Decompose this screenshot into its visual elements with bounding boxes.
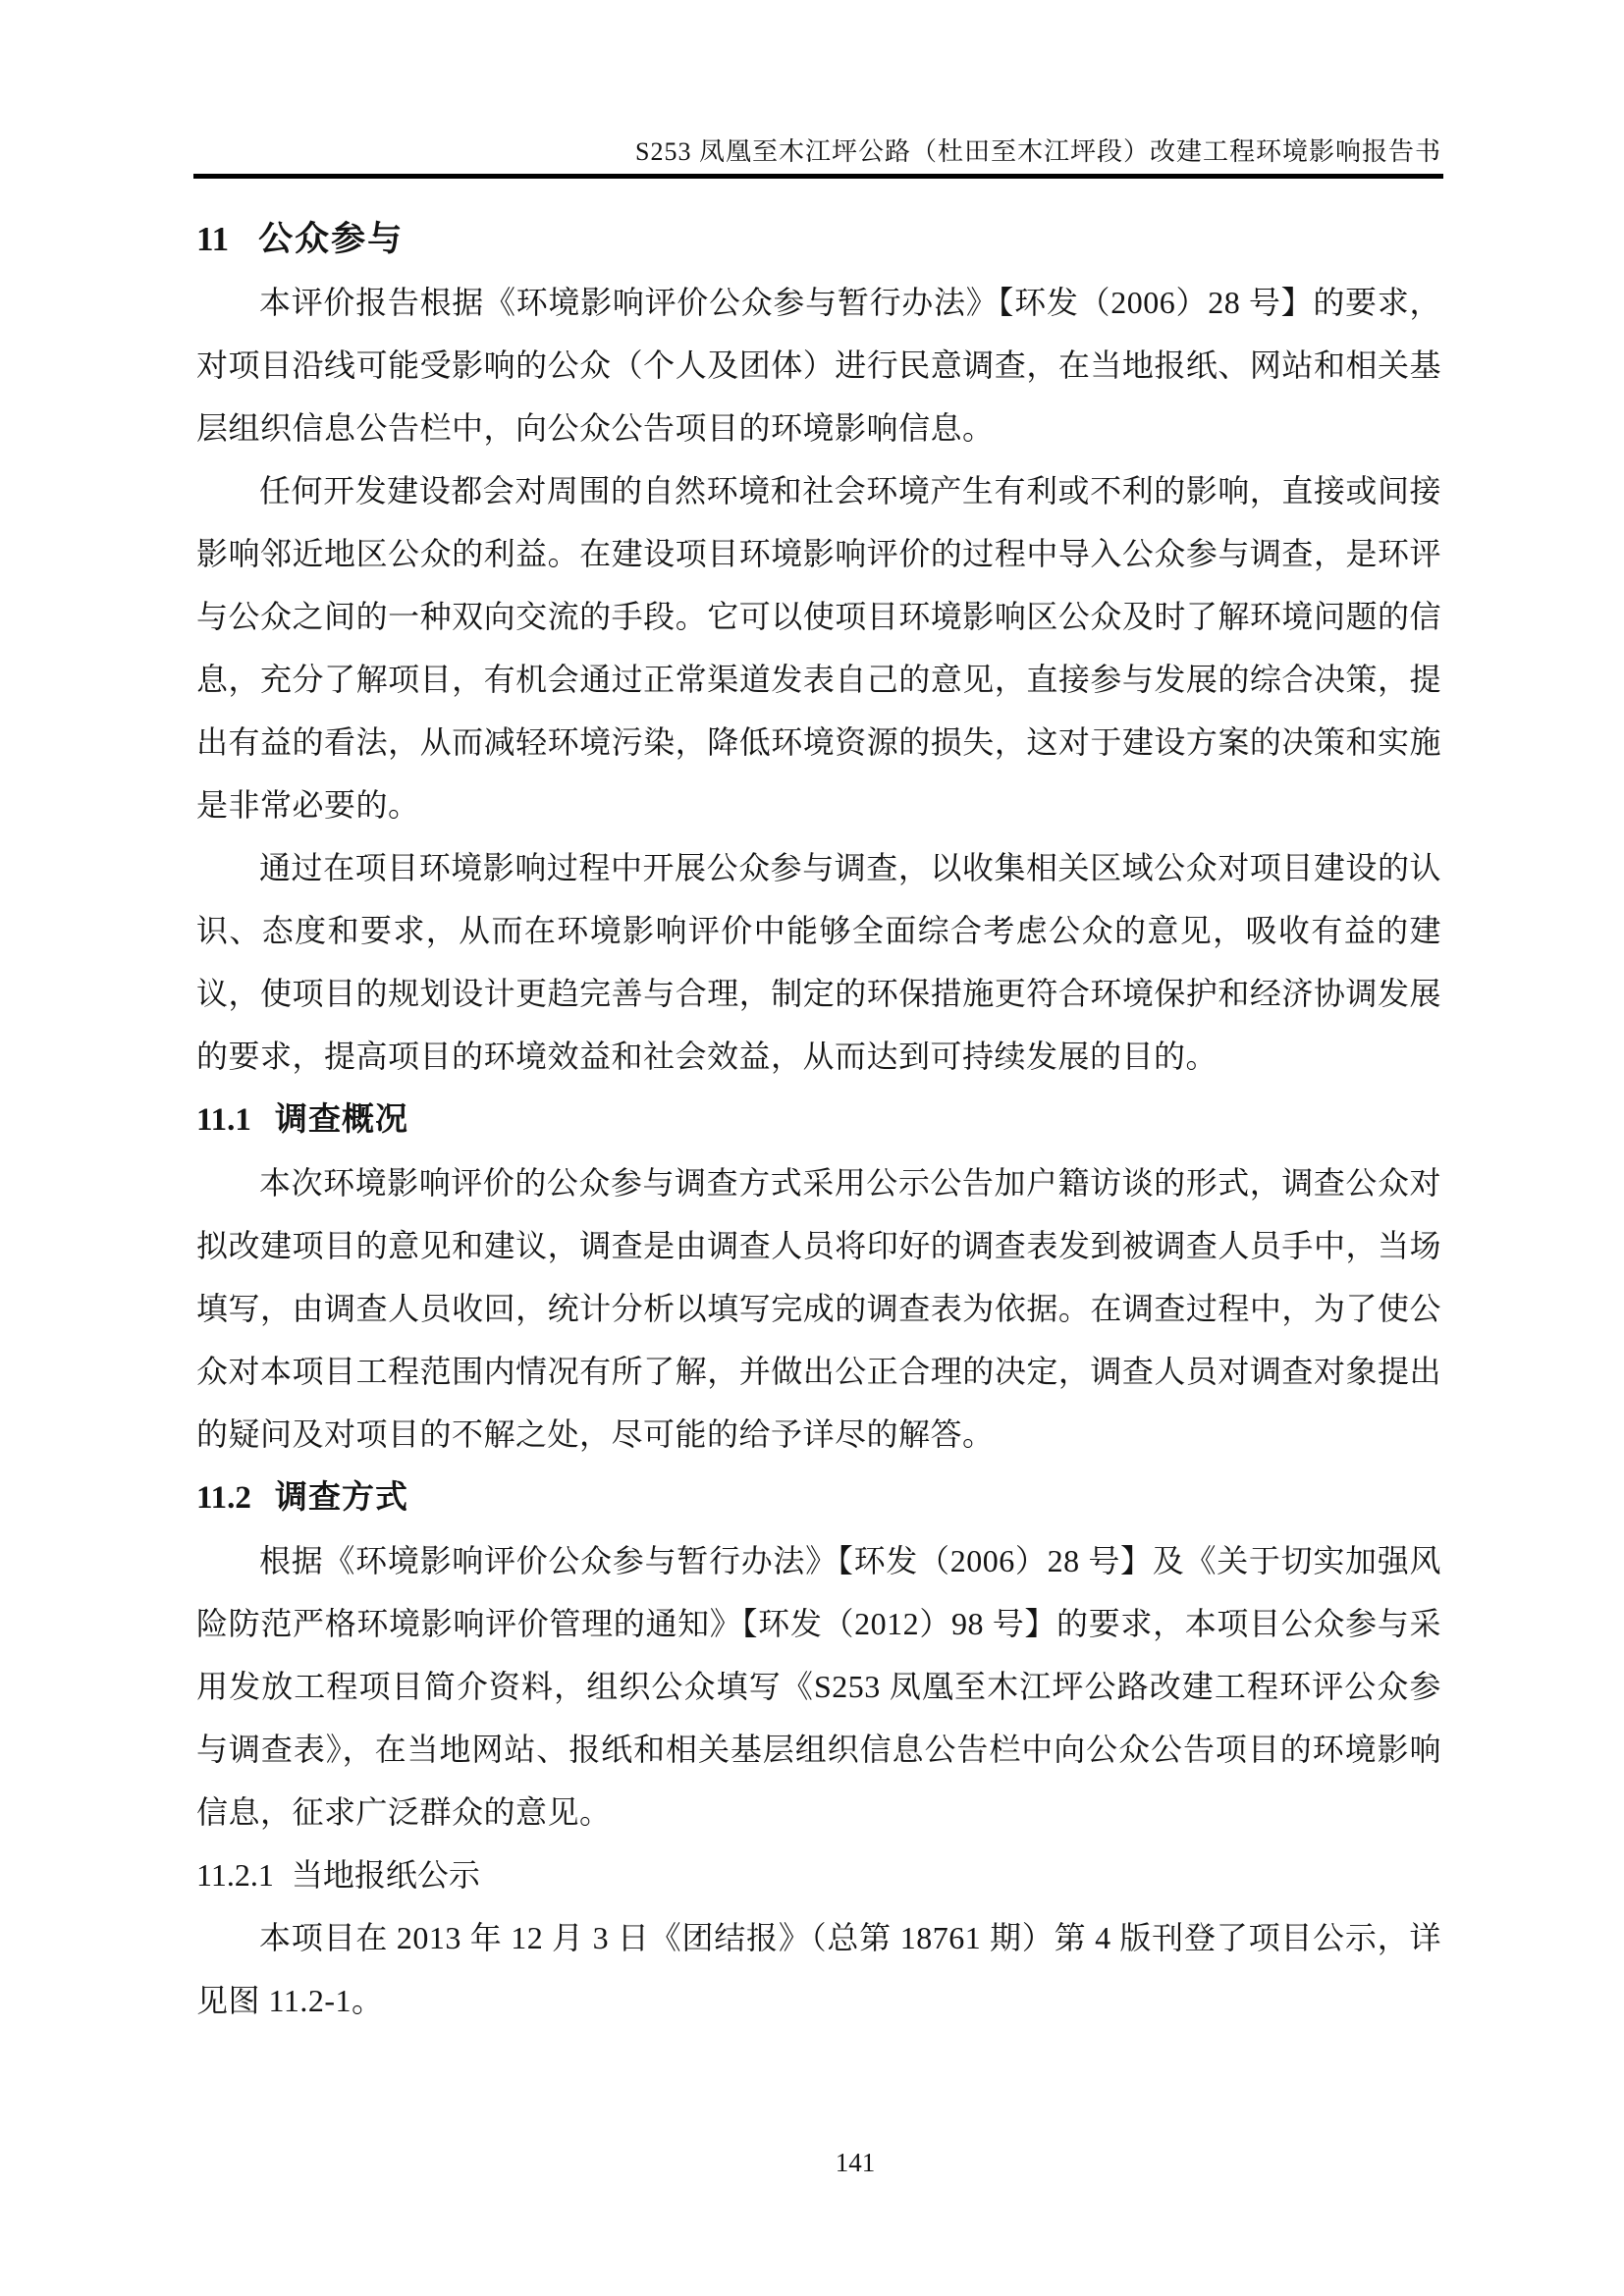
- document-body: 11公众参与 本评价报告根据《环境影响评价公众参与暂行办法》【环发（2006）2…: [196, 208, 1441, 2032]
- document-page: S253 凤凰至木江坪公路（杜田至木江坪段）改建工程环境影响报告书 11公众参与…: [0, 0, 1624, 2296]
- chapter-number: 11: [196, 220, 229, 258]
- paragraph-purpose: 通过在项目环境影响过程中开展公众参与调查，以收集相关区域公众对项目建设的认识、态…: [196, 836, 1441, 1088]
- subsection-heading-11-2-1: 11.2.1当地报纸公示: [196, 1843, 1441, 1906]
- section-11-1-number: 11.1: [196, 1102, 251, 1138]
- section-heading-11-1: 11.1调查概况: [196, 1088, 1441, 1151]
- subsection-11-2-1-number: 11.2.1: [196, 1857, 274, 1893]
- paragraph-survey-overview: 本次环境影响评价的公众参与调查方式采用公示公告加户籍访谈的形式，调查公众对拟改建…: [196, 1151, 1441, 1466]
- paragraph-intro-basis: 本评价报告根据《环境影响评价公众参与暂行办法》【环发（2006）28 号】的要求…: [196, 271, 1441, 459]
- section-11-2-title: 调查方式: [275, 1478, 408, 1515]
- section-11-2-number: 11.2: [196, 1480, 251, 1516]
- header-rule: [193, 174, 1443, 179]
- section-11-1-title: 调查概况: [275, 1100, 408, 1137]
- chapter-heading: 11公众参与: [196, 208, 1441, 271]
- chapter-title: 公众参与: [258, 220, 404, 258]
- paragraph-necessity: 任何开发建设都会对周围的自然环境和社会环境产生有利或不利的影响，直接或间接影响邻…: [196, 459, 1441, 836]
- subsection-11-2-1-title: 当地报纸公示: [292, 1857, 480, 1893]
- running-header-title: S253 凤凰至木江坪公路（杜田至木江坪段）改建工程环境影响报告书: [193, 135, 1441, 169]
- section-heading-11-2: 11.2调查方式: [196, 1466, 1441, 1529]
- paragraph-survey-method: 根据《环境影响评价公众参与暂行办法》【环发（2006）28 号】及《关于切实加强…: [196, 1529, 1441, 1843]
- page-number: 141: [43, 2146, 1624, 2179]
- paragraph-newspaper-notice: 本项目在 2013 年 12 月 3 日《团结报》（总第 18761 期）第 4…: [196, 1906, 1441, 2032]
